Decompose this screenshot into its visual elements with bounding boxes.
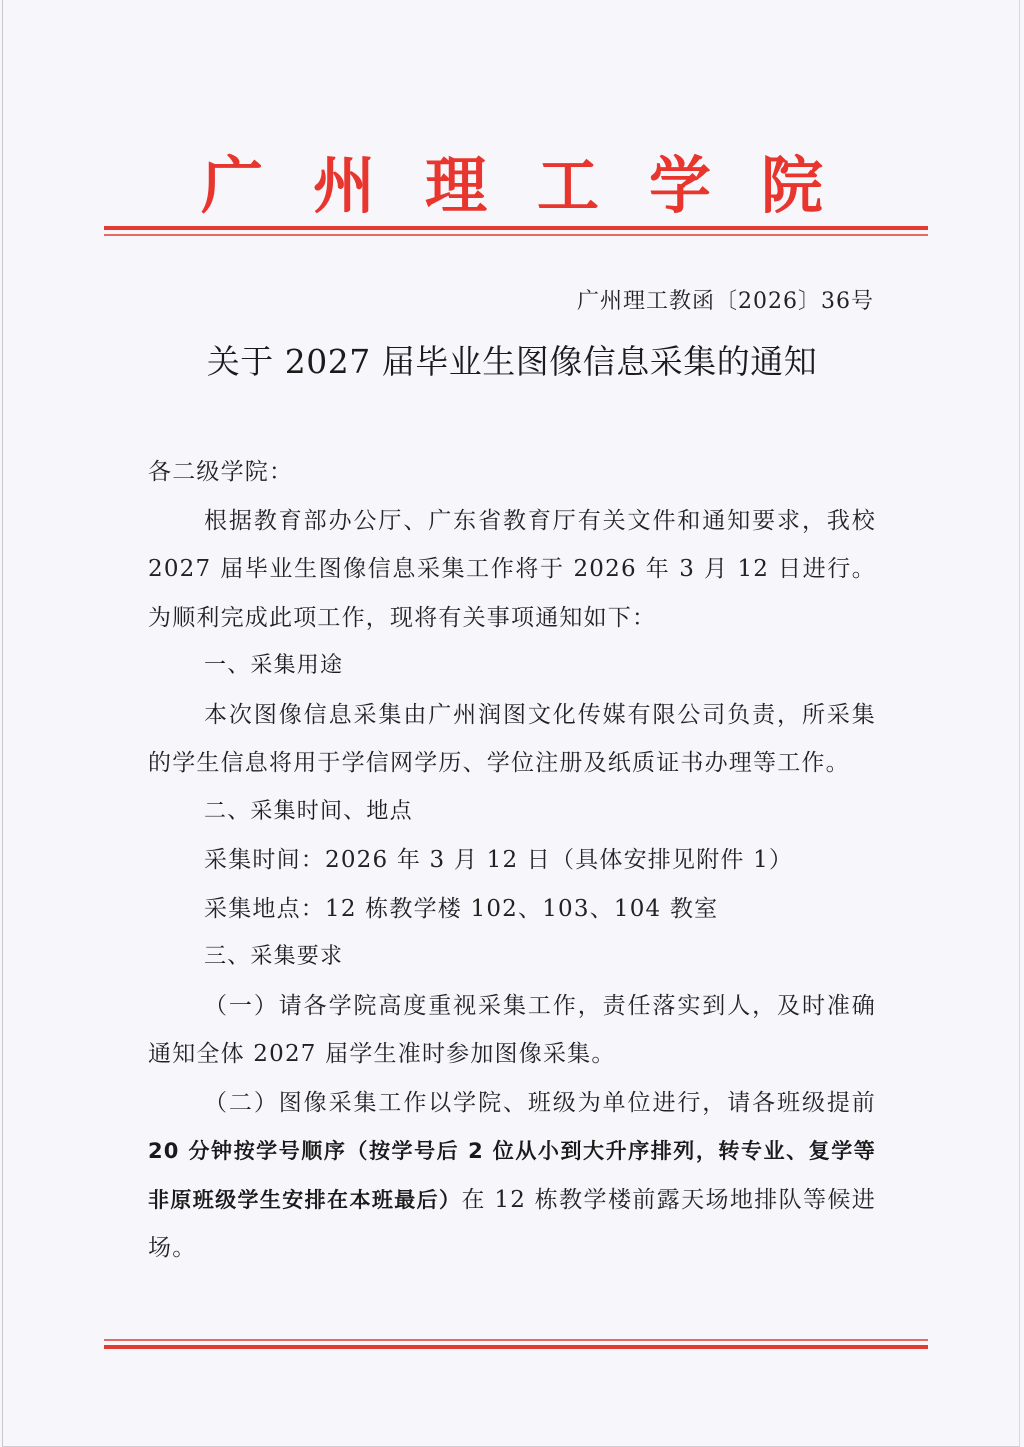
collection-time: 采集时间：2026 年 3 月 12 日（具体安排见附件 1） [148, 836, 876, 885]
requirement-1: （一）请各学院高度重视采集工作，责任落实到人，及时准确通知全体 2027 届学生… [148, 982, 876, 1079]
document-body: 各二级学院： 根据教育部办公厅、广东省教育厅有关文件和通知要求，我校 2027 … [148, 448, 876, 1273]
document-title: 关于 2027 届毕业生图像信息采集的通知 [0, 336, 1024, 383]
document-number: 广州理工教函〔2026〕36号 [577, 284, 874, 315]
masthead-char: 理 [424, 136, 488, 225]
footer-rule-thick [104, 1345, 928, 1349]
masthead-char: 州 [312, 136, 376, 225]
masthead-char: 学 [648, 136, 712, 225]
salutation: 各二级学院： [148, 448, 876, 497]
requirement-2: （二）图像采集工作以学院、班级为单位进行，请各班级提前20 分钟按学号顺序（按学… [148, 1079, 876, 1273]
masthead-char: 工 [536, 136, 600, 225]
section-heading-requirements: 三、采集要求 [148, 933, 876, 982]
footer-rule-thin [104, 1339, 928, 1341]
institution-masthead: 广 州 理 工 学 院 [0, 140, 1024, 220]
masthead-char: 院 [760, 136, 824, 225]
purpose-paragraph: 本次图像信息采集由广州润图文化传媒有限公司负责，所采集的学生信息将用于学信网学历… [148, 691, 876, 788]
header-rule-thick [104, 226, 928, 230]
intro-paragraph: 根据教育部办公厅、广东省教育厅有关文件和通知要求，我校 2027 届毕业生图像信… [148, 497, 876, 643]
requirement-2-prefix: （二）图像采集工作以学院、班级为单位进行，请各班级提前 [204, 1090, 876, 1116]
masthead-char: 广 [200, 136, 264, 225]
header-rule-thin [104, 234, 928, 236]
section-heading-time-place: 二、采集时间、地点 [148, 788, 876, 837]
section-heading-purpose: 一、采集用途 [148, 642, 876, 691]
collection-location: 采集地点：12 栋教学楼 102、103、104 教室 [148, 885, 876, 934]
